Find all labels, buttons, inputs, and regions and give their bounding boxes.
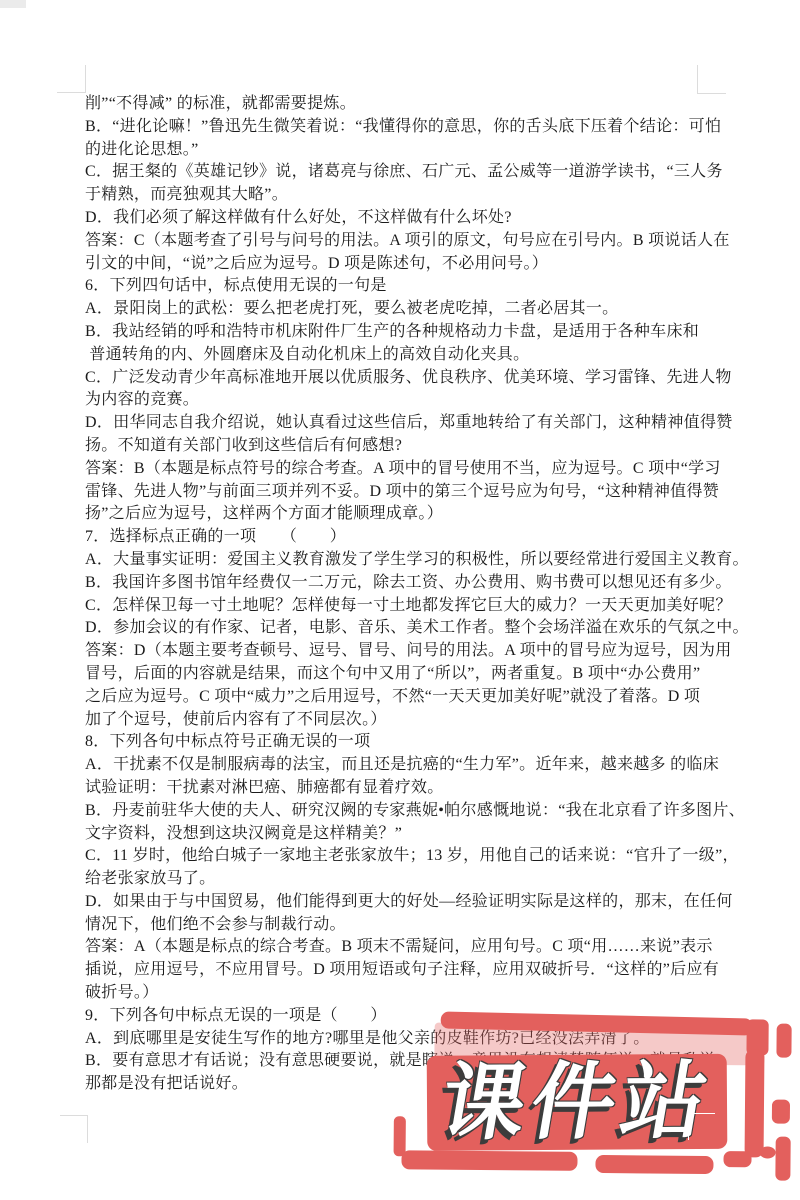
watermark-stamp: 课件站	[393, 1006, 800, 1200]
document-line: 试验证明：干扰素对淋巴癌、肺癌都有显着疗效。	[85, 777, 785, 800]
document-line: 文字资料，没想到这块汉阙竟是这样精美？”	[85, 823, 785, 846]
document-line: 情况下，他们绝不会参与制裁行动。	[85, 914, 785, 937]
document-line: 破折号。）	[85, 982, 785, 1005]
document-line: 引文的中间，“说”之后应为逗号。D 项是陈述句，不必用问号。）	[85, 253, 785, 276]
stamp-border-dot	[760, 1146, 776, 1158]
document-line: C．据王粲的《英雄记钞》说，诸葛亮与徐庶、石广元、孟公威等一道游学读书，“三人务	[85, 161, 785, 184]
document-line: 答案：A（本题是标点的综合考查。B 项末不需疑问，应用句号。C 项“用……来说”…	[85, 936, 785, 959]
document-line: 之后应为逗号。C 项中“威力”之后用逗号，不然“一天天更加美好呢”就没了着落。D…	[85, 686, 785, 709]
document-line: A．景阳岗上的武松：要么把老虎打死，要么被老虎吃掉，二者必居其一。	[85, 298, 785, 321]
document-line: C．11 岁时，他给白城子一家地主老张家放牛；13 岁，用他自己的话来说：“官升…	[85, 845, 785, 868]
document-line: B．我站经销的呼和浩特市机床附件厂生产的各种规格动力卡盘，是适用于各种车床和	[85, 321, 785, 344]
scan-edge-artifact	[0, 0, 26, 8]
document-text: 削”“不得减” 的标准，就都需要提炼。B．“进化论嘛！”鲁迅先生微笑着说：“我懂…	[85, 93, 785, 1096]
document-line: 削”“不得减” 的标准，就都需要提炼。	[85, 93, 785, 116]
document-line: 6．下列四句话中，标点使用无误的一句是	[85, 275, 785, 298]
stamp-border-dash	[775, 1137, 790, 1181]
document-line: 加了个逗号，使前后内容有了不同层次。）	[85, 709, 785, 732]
document-line: A．大量事实证明：爱国主义教育激发了学生学习的积极性，所以要经常进行爱国主义教育…	[85, 549, 785, 572]
document-line: D．我们必须了解这样做有什么好处，不这样做有什么坏处?	[85, 207, 785, 230]
document-line: C．广泛发动青少年高标准地开展以优质服务、优良秩序、优美环境、学习雷锋、先进人物	[85, 367, 785, 390]
document-line: 冒号，后面的内容就是结果，而这个句中又用了“所以”，两者重复。B 项中“办公费用…	[85, 663, 785, 686]
document-line: 答案：B（本题是标点符号的综合考查。A 项中的冒号使用不当，应为逗号。C 项中“…	[85, 458, 785, 481]
document-line: B．丹麦前驻华大使的夫人、研究汉阙的专家燕妮•帕尔感慨地说：“我在北京看了许多图…	[85, 800, 785, 823]
document-line: B．我国许多图书馆年经费仅一二万元，除去工资、办公费用、购书费可以想见还有多少。	[85, 572, 785, 595]
document-line: D．参加会议的有作家、记者，电影、音乐、美术工作者。整个会场洋溢在欢乐的气氛之中…	[85, 617, 785, 640]
document-line: A．干扰素不仅是制服病毒的法宝，而且还是抗癌的“生力军”。近年来，越来越多 的临…	[85, 754, 785, 777]
text-boundary-corner-mark-bottom-left	[60, 1115, 88, 1143]
document-line: 雷锋、先进人物”与前面三项并列不妥。D 项中的第三个逗号应为句号，“这种精神值得…	[85, 481, 785, 504]
stamp-border-dash	[394, 1116, 406, 1156]
document-line: 扬。不知道有关部门收到这些信后有何感想?	[85, 435, 785, 458]
document-line: 答案：C（本题考查了引号与问号的用法。A 项引的原文，句号应在引号内。B 项说话…	[85, 230, 785, 253]
document-line: D．田华同志自我介绍说，她认真看过这些信后，郑重地转给了有关部门，这种精神值得赞	[85, 412, 785, 435]
document-line: 8．下列各句中标点符号正确无误的一项	[85, 731, 785, 754]
document-line: D．如果由于与中国贸易，他们能得到更大的好处—经验证明实际是这样的，那末，在任何	[85, 891, 785, 914]
stamp-border-dash	[401, 1150, 577, 1171]
stamp-border-dash	[595, 1155, 713, 1174]
text-boundary-corner-mark-top-left	[57, 65, 86, 93]
stamp-border-right	[745, 1049, 765, 1157]
document-page: 削”“不得减” 的标准，就都需要提炼。B．“进化论嘛！”鲁迅先生微笑着说：“我懂…	[0, 0, 800, 1200]
document-line: 扬”之后应为逗号，这样两个方面才能顺理成章。）	[85, 503, 785, 526]
document-line: 给老张家放马了。	[85, 868, 785, 891]
document-line: 7．选择标点正确的一项 （ ）	[85, 526, 785, 549]
document-line: B．“进化论嘛！”鲁迅先生微笑着说：“我懂得你的意思，你的舌头底下压着个结论：可…	[85, 116, 785, 139]
text-boundary-corner-mark-bottom-right	[688, 1113, 715, 1140]
text-boundary-corner-mark-top-right	[697, 65, 726, 94]
stamp-plate: 课件站	[427, 1054, 728, 1151]
document-line: 普通转角的内、外圆磨床及自动化机床上的高效自动化夹具。	[85, 344, 785, 367]
document-line: 于精熟，而亮独观其大略”。	[85, 184, 785, 207]
document-line: C．怎样保卫每一寸土地呢？怎样使每一寸土地都发挥它巨大的威力？一天天更加美好呢？	[85, 595, 785, 618]
stamp-border-dash	[776, 1024, 791, 1058]
document-line: 的进化论思想。”	[85, 139, 785, 162]
document-line: 为内容的竞赛。	[85, 389, 785, 412]
document-line: 插说，应用逗号，不应用冒号。D 项用短语或句子注释，应用双破折号．“这样的”后应…	[85, 959, 785, 982]
stamp-border-dash	[723, 1151, 751, 1167]
stamp-border-dash	[772, 1100, 790, 1124]
document-line: 答案：D（本题主要考查顿号、逗号、冒号、问号的用法。A 项中的冒号应为逗号，因为…	[85, 640, 785, 663]
